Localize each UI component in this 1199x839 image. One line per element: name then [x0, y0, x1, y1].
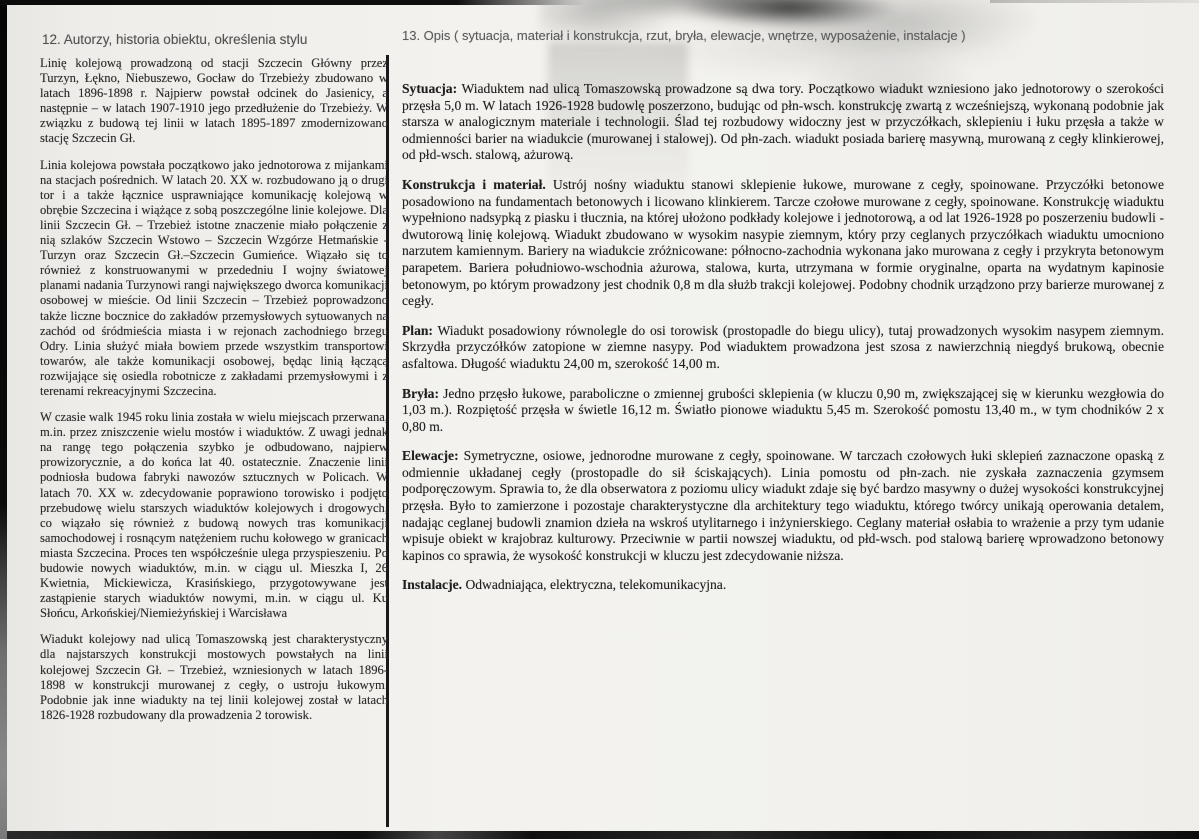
- section-text-sytuacja: Wiaduktem nad ulicą Tomaszowską prowadzo…: [402, 81, 1164, 162]
- scanned-document-page: 12. Autorzy, historia obiektu, określeni…: [0, 0, 1199, 839]
- section-13-heading: 13. Opis ( sytuacja, materiał i konstruk…: [402, 28, 1164, 43]
- section-text-konstrukcja: Ustrój nośny wiaduktu stanowi sklepienie…: [402, 177, 1164, 308]
- description-section-plan: Plan: Wiadukt posadowiony równolegle do …: [402, 323, 1164, 373]
- scan-edge-top-strip: [0, 0, 585, 5]
- section-label-sytuacja: Sytuacja:: [402, 81, 457, 96]
- history-paragraph-1: Linię kolejową prowadzoną od stacji Szcz…: [40, 56, 388, 147]
- section-label-konstrukcja: Konstrukcja i materiał.: [402, 177, 546, 192]
- section-text-instalacje: Odwadniająca, elektryczna, telekomunikac…: [465, 577, 726, 592]
- scan-edge-bottom-bar: [7, 831, 1199, 839]
- section-text-bryla: Jedno przęsło łukowe, paraboliczne o zmi…: [402, 386, 1164, 434]
- scan-edge-left-bar: [0, 0, 7, 839]
- section-label-bryla: Bryła:: [402, 386, 439, 401]
- description-section-bryla: Bryła: Jedno przęsło łukowe, paraboliczn…: [402, 386, 1164, 436]
- section-label-elewacje: Elewacje:: [402, 448, 459, 463]
- history-paragraph-3: W czasie walk 1945 roku linia została w …: [40, 410, 388, 621]
- section-label-instalacje: Instalacje.: [402, 577, 462, 592]
- description-section-instalacje: Instalacje. Odwadniająca, elektryczna, t…: [402, 577, 1164, 594]
- description-section-konstrukcja: Konstrukcja i materiał. Ustrój nośny wia…: [402, 177, 1164, 310]
- section-13-column: 13. Opis ( sytuacja, materiał i konstruk…: [402, 28, 1164, 607]
- description-section-elewacje: Elewacje: Symetryczne, osiowe, jednorodn…: [402, 448, 1164, 564]
- section-12-heading: 12. Autorzy, historia obiektu, określeni…: [42, 32, 388, 47]
- history-paragraph-4: Wiadukt kolejowy nad ulicą Tomaszowską j…: [40, 632, 388, 723]
- section-12-column: 12. Autorzy, historia obiektu, określeni…: [40, 32, 388, 734]
- description-section-sytuacja: Sytuacja: Wiaduktem nad ulicą Tomaszowsk…: [402, 81, 1164, 164]
- section-label-plan: Plan:: [402, 323, 433, 338]
- section-text-elewacje: Symetryczne, osiowe, jednorodne murowane…: [402, 448, 1164, 563]
- section-text-plan: Wiadukt posadowiony równolegle do osi to…: [402, 323, 1164, 371]
- history-paragraph-2: Linia kolejowa powstała początkowo jako …: [40, 158, 388, 400]
